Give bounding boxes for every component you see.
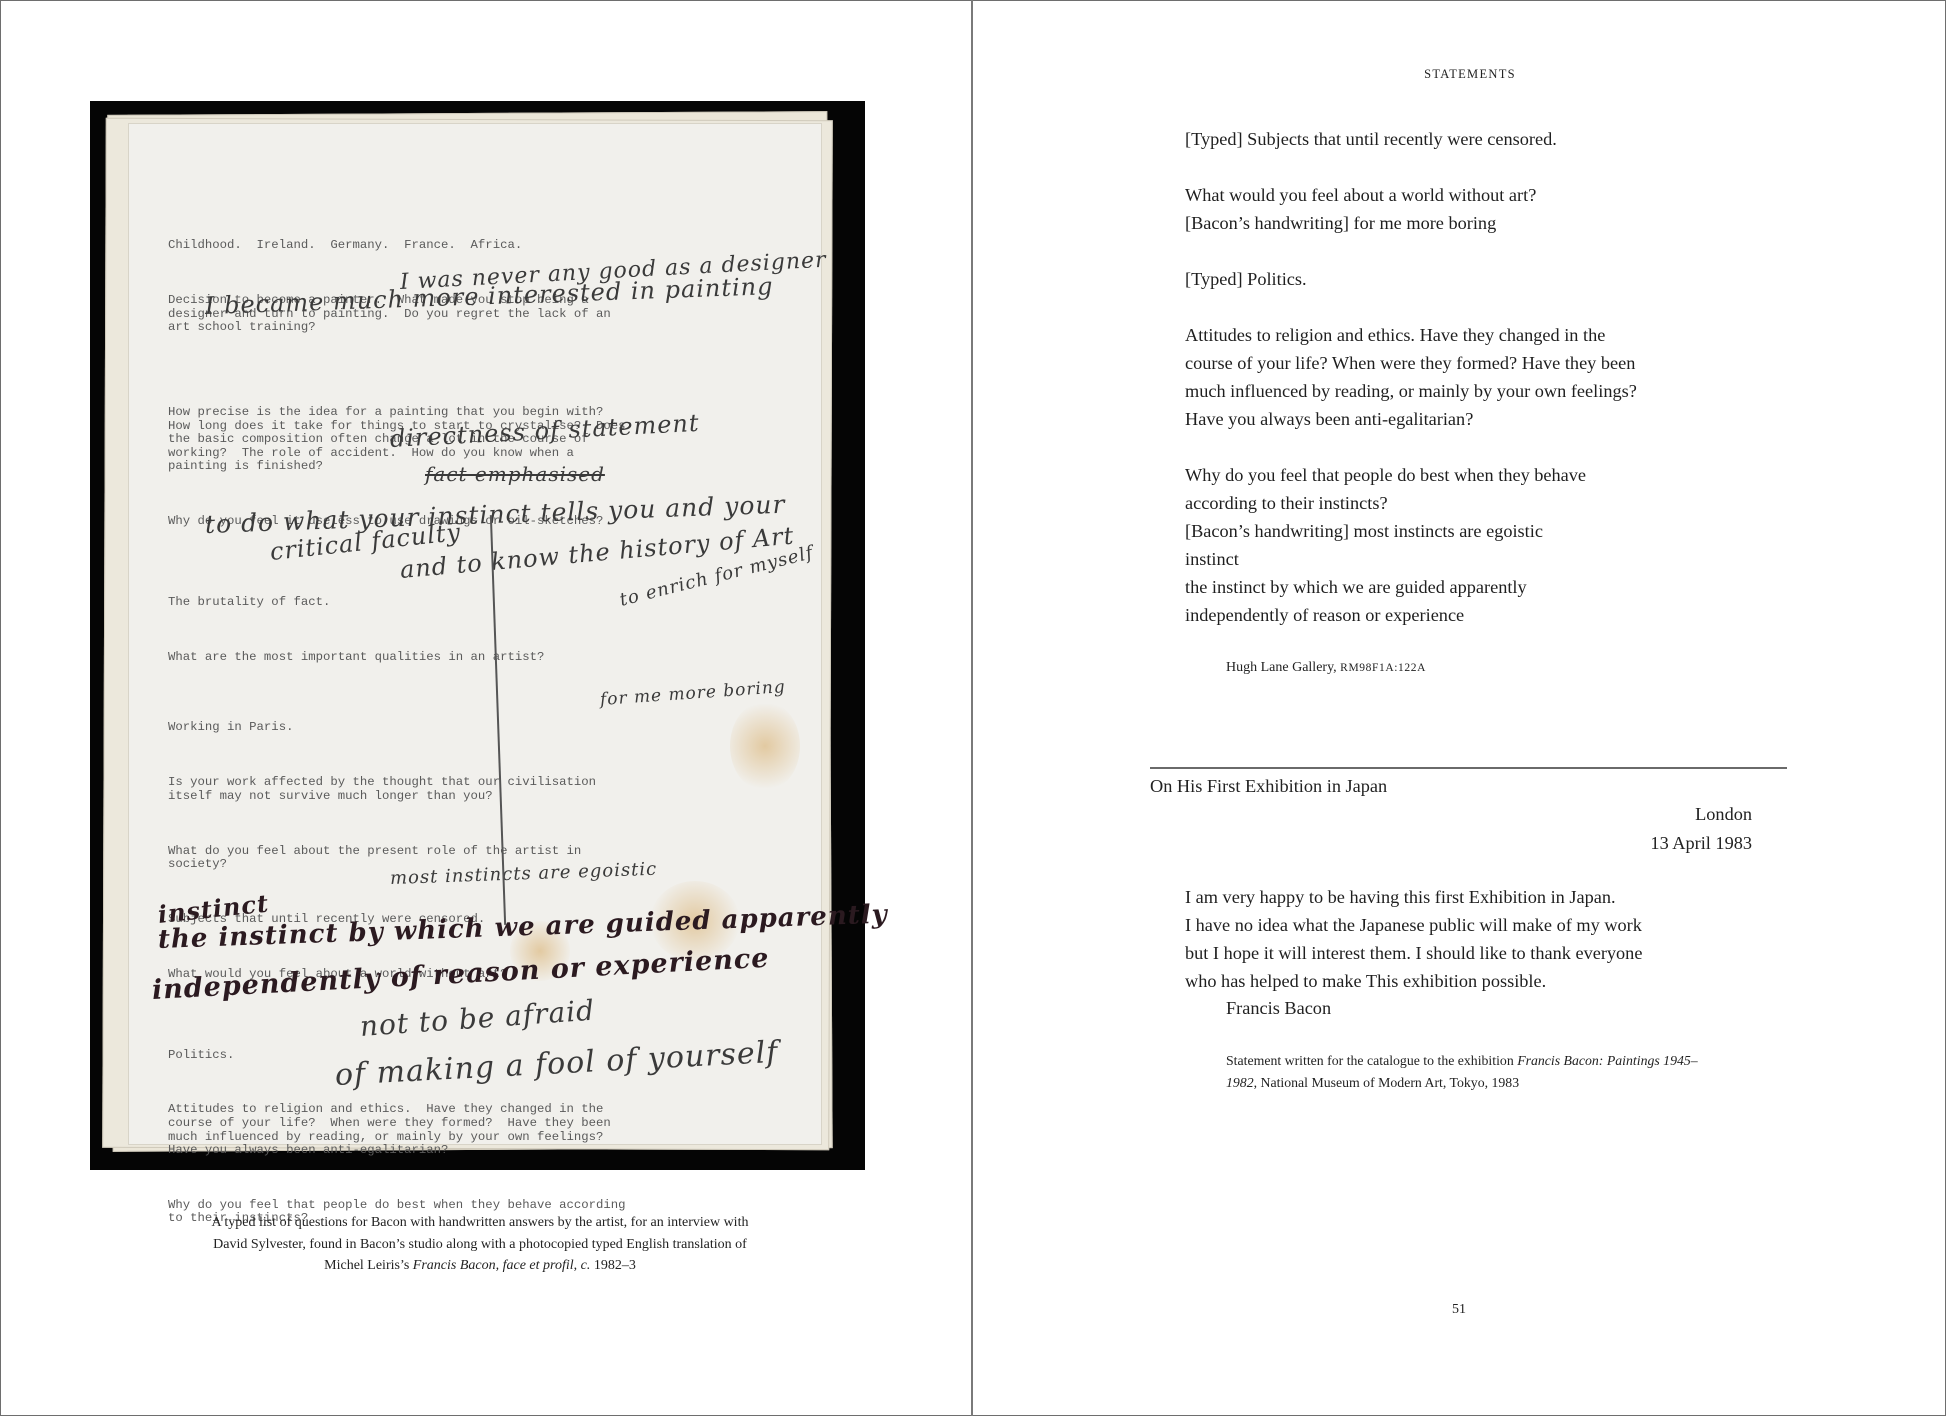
transcription-line: course of your life? When were they form…: [1185, 349, 1637, 377]
dateline-date: 13 April 1983: [1500, 829, 1752, 858]
typed-line: Attitudes to religion and ethics. Have t…: [168, 1103, 808, 1157]
transcription-line: the instinct by which we are guided appa…: [1185, 573, 1637, 601]
transcription-line: [Bacon’s handwriting] for me more boring: [1185, 209, 1637, 237]
transcription-line: Why do you feel that people do best when…: [1185, 461, 1637, 489]
running-head: STATEMENTS: [1300, 67, 1640, 82]
transcription-line: Attitudes to religion and ethics. Have t…: [1185, 321, 1637, 349]
caption-date: 1982–3: [590, 1258, 636, 1273]
section-title: On His First Exhibition in Japan: [1150, 772, 1387, 800]
handwritten-note: fact emphasised: [425, 462, 605, 486]
transcription-line: What would you feel about a world withou…: [1185, 181, 1637, 209]
caption-circa: c.: [581, 1258, 591, 1273]
caption-title: Francis Bacon, face et profil: [413, 1258, 574, 1273]
note-text: Statement written for the catalogue to t…: [1226, 1053, 1517, 1068]
blank-line: [1185, 293, 1637, 321]
gutter-divider: [971, 0, 973, 1416]
signature: Francis Bacon: [1226, 994, 1331, 1022]
transcription-line: [Typed] Politics.: [1185, 265, 1637, 293]
caption-line: A typed list of questions for Bacon with…: [130, 1212, 830, 1234]
transcription-line: independently of reason or experience: [1185, 601, 1637, 629]
source-name: Hugh Lane Gallery,: [1226, 660, 1340, 675]
transcription-line: Have you always been anti-egalitarian?: [1185, 405, 1637, 433]
typed-line: Working in Paris.: [168, 721, 808, 735]
source-reference: RM98F1A:122A: [1340, 662, 1426, 674]
typed-line: Is your work affected by the thought tha…: [168, 776, 808, 803]
transcription: [Typed] Subjects that until recently wer…: [1185, 125, 1637, 629]
source-credit: Hugh Lane Gallery, RM98F1A:122A: [1226, 660, 1426, 676]
statement-line: I have no idea what the Japanese public …: [1185, 911, 1642, 939]
blank-line: [1185, 153, 1637, 181]
section-rule: [1150, 767, 1787, 769]
blank-line: [1185, 237, 1637, 265]
statement-line: who has helped to make This exhibition p…: [1185, 967, 1642, 995]
typed-line: Childhood. Ireland. Germany. France. Afr…: [168, 239, 808, 253]
typed-questions: Childhood. Ireland. Germany. France. Afr…: [168, 212, 808, 1254]
page-number: 51: [1452, 1302, 1466, 1318]
transcription-line: according to their instincts?: [1185, 489, 1637, 517]
transcription-line: [Typed] Subjects that until recently wer…: [1185, 125, 1637, 153]
statement-body: I am very happy to be having this first …: [1185, 883, 1642, 995]
caption-line: Michel Leiris’s Francis Bacon, face et p…: [130, 1255, 830, 1277]
caption-text: ,: [574, 1258, 581, 1273]
transcription-line: instinct: [1185, 545, 1637, 573]
caption-text: Michel Leiris’s: [324, 1258, 413, 1273]
figure-caption: A typed list of questions for Bacon with…: [130, 1212, 830, 1277]
note-text: , National Museum of Modern Art, Tokyo, …: [1254, 1075, 1520, 1090]
typed-line: What are the most important qualities in…: [168, 651, 808, 665]
blank-line: [1185, 433, 1637, 461]
transcription-line: [Bacon’s handwriting] most instincts are…: [1185, 517, 1637, 545]
statement-line: I am very happy to be having this first …: [1185, 883, 1642, 911]
transcription-line: much influenced by reading, or mainly by…: [1185, 377, 1637, 405]
caption-line: David Sylvester, found in Bacon’s studio…: [130, 1234, 830, 1256]
statement-line: but I hope it will interest them. I shou…: [1185, 939, 1642, 967]
dateline-place: London: [1500, 800, 1752, 829]
statement-note: Statement written for the catalogue to t…: [1226, 1050, 1726, 1094]
typed-line: The brutality of fact.: [168, 596, 808, 610]
dateline: London 13 April 1983: [1500, 800, 1752, 858]
